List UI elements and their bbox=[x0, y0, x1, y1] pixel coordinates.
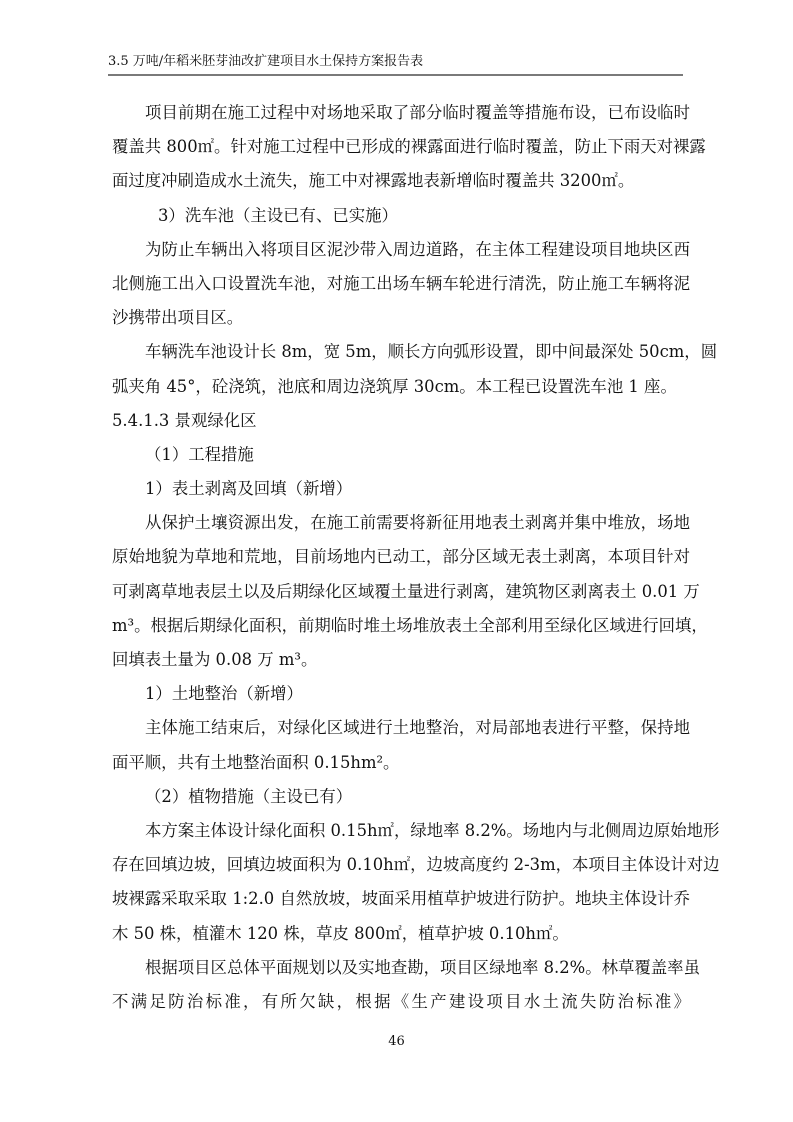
subheading-engineering-measures: （1）工程措施 bbox=[112, 438, 690, 472]
paragraph-line: 主体施工结束后，对绿化区域进行土地整治，对局部地表进行平整，保持地 bbox=[112, 711, 690, 745]
paragraph-line: 沙携带出项目区。 bbox=[112, 301, 690, 335]
paragraph-line: 可剥离草地表层土以及后期绿化区域覆土量进行剥离，建筑物区剥离表土 0.01 万 bbox=[112, 575, 690, 609]
subheading-car-wash: 3）洗车池（主设已有、已实施） bbox=[112, 199, 690, 233]
paragraph-line: 不满足防治标准，有所欠缺，根据《生产建设项目水土流失防治标准》 bbox=[112, 985, 690, 1019]
paragraph-line: 从保护土壤资源出发，在施工前需要将新征用地表土剥离并集中堆放，场地 bbox=[112, 506, 690, 540]
paragraph-line: 项目前期在施工过程中对场地采取了部分临时覆盖等措施布设，已布设临时 bbox=[112, 96, 690, 130]
paragraph-line: 本方案主体设计绿化面积 0.15h㎡，绿地率 8.2%。场地内与北侧周边原始地形 bbox=[112, 814, 690, 848]
paragraph-line: 木 50 株，植灌木 120 株，草皮 800㎡，植草护坡 0.10h㎡。 bbox=[112, 917, 690, 951]
paragraph-line: 存在回填边坡，回填边坡面积为 0.10h㎡，边坡高度约 2-3m，本项目主体设计… bbox=[112, 848, 690, 882]
paragraph-line: 根据项目区总体平面规划以及实地查勘，项目区绿地率 8.2%。林草覆盖率虽 bbox=[112, 951, 690, 985]
paragraph-line: 面过度冲刷造成水土流失，施工中对裸露地表新增临时覆盖共 3200㎡。 bbox=[112, 164, 690, 198]
paragraph-line: 北侧施工出入口设置洗车池，对施工出场车辆车轮进行清洗，防止施工车辆将泥 bbox=[112, 267, 690, 301]
subheading-land-remediation: 1）土地整治（新增） bbox=[112, 677, 690, 711]
paragraph-line: 原始地貌为草地和荒地，目前场地内已动工，部分区域无表土剥离，本项目针对 bbox=[112, 540, 690, 574]
subheading-plant-measures: （2）植物措施（主设已有） bbox=[112, 780, 690, 814]
paragraph-line: 回填表土量为 0.08 万 m³。 bbox=[112, 643, 690, 677]
paragraph-line: 车辆洗车池设计长 8m，宽 5m，顺长方向弧形设置，即中间最深处 50cm，圆 bbox=[112, 335, 690, 369]
document-body: 项目前期在施工过程中对场地采取了部分临时覆盖等措施布设，已布设临时 覆盖共 80… bbox=[112, 96, 690, 1019]
header-title: 3.5 万吨/年稻米胚芽油改扩建项目水土保持方案报告表 bbox=[108, 54, 423, 69]
running-header: 3.5 万吨/年稻米胚芽油改扩建项目水土保持方案报告表 bbox=[108, 52, 683, 76]
page-number: 46 bbox=[0, 1034, 793, 1049]
paragraph-line: m³。根据后期绿化面积，前期临时堆土场堆放表土全部利用至绿化区域进行回填， bbox=[112, 609, 690, 643]
section-heading-landscape-greening: 5.4.1.3 景观绿化区 bbox=[112, 404, 690, 438]
paragraph-line: 覆盖共 800㎡。针对施工过程中已形成的裸露面进行临时覆盖，防止下雨天对裸露 bbox=[112, 130, 690, 164]
paragraph-line: 弧夹角 45°，砼浇筑，池底和周边浇筑厚 30cm。本工程已设置洗车池 1 座。 bbox=[112, 370, 690, 404]
subheading-topsoil-stripping: 1）表土剥离及回填（新增） bbox=[112, 472, 690, 506]
paragraph-line: 为防止车辆出入将项目区泥沙带入周边道路，在主体工程建设项目地块区西 bbox=[112, 233, 690, 267]
paragraph-line: 面平顺，共有土地整治面积 0.15hm²。 bbox=[112, 746, 690, 780]
paragraph-line: 坡裸露采取采取 1:2.0 自然放坡，坡面采用植草护坡进行防护。地块主体设计乔 bbox=[112, 882, 690, 916]
